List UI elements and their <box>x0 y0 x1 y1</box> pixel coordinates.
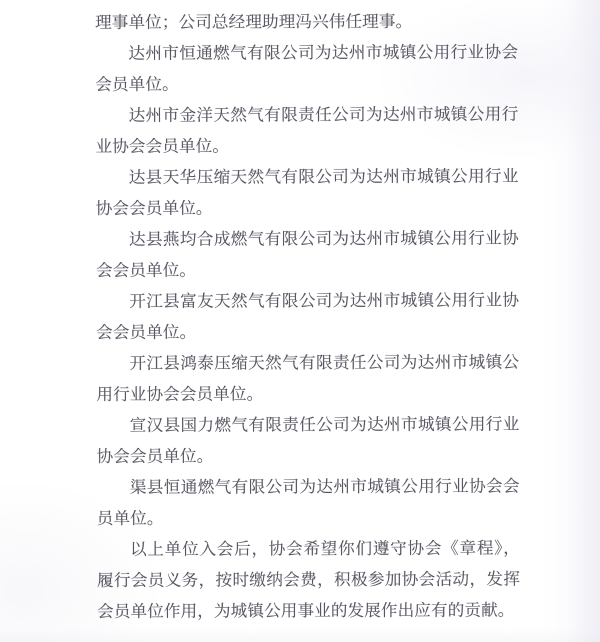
paragraph: 宣汉县国力燃气有限责任公司为达州市城镇公用行业协会会员单位。 <box>96 409 519 472</box>
scan-shadow-right <box>566 0 600 642</box>
paragraph: 达县天华压缩天然气有限公司为达州市城镇公用行业协会会员单位。 <box>96 161 519 224</box>
paragraph: 达州市金洋天然气有限责任公司为达州市城镇公用行业协会会员单位。 <box>95 99 518 162</box>
document-text: 理事单位；公司总经理助理冯兴伟任理事。达州市恒通燃气有限公司为达州市城镇公用行业… <box>95 6 520 627</box>
paragraph: 理事单位；公司总经理助理冯兴伟任理事。 <box>95 6 518 38</box>
paragraph: 开江县富友天然气有限公司为达州市城镇公用行业协会会员单位。 <box>96 285 519 348</box>
scan-shadow-bottom <box>0 628 600 642</box>
paragraph: 以上单位入会后，协会希望你们遵守协会《章程》，履行会员义务，按时缴纳会费，积极参… <box>97 533 520 627</box>
document-page: 理事单位；公司总经理助理冯兴伟任理事。达州市恒通燃气有限公司为达州市城镇公用行业… <box>0 0 600 642</box>
paragraph: 达县燕均合成燃气有限公司为达州市城镇公用行业协会会员单位。 <box>96 223 519 286</box>
paragraph: 达州市恒通燃气有限公司为达州市城镇公用行业协会会员单位。 <box>95 37 518 100</box>
paragraph: 渠县恒通燃气有限公司为达州市城镇公用行业协会会员单位。 <box>97 471 520 534</box>
paragraph: 开江县鸿泰压缩天然气有限责任公司为达州市城镇公用行业协会会员单位。 <box>96 347 519 410</box>
